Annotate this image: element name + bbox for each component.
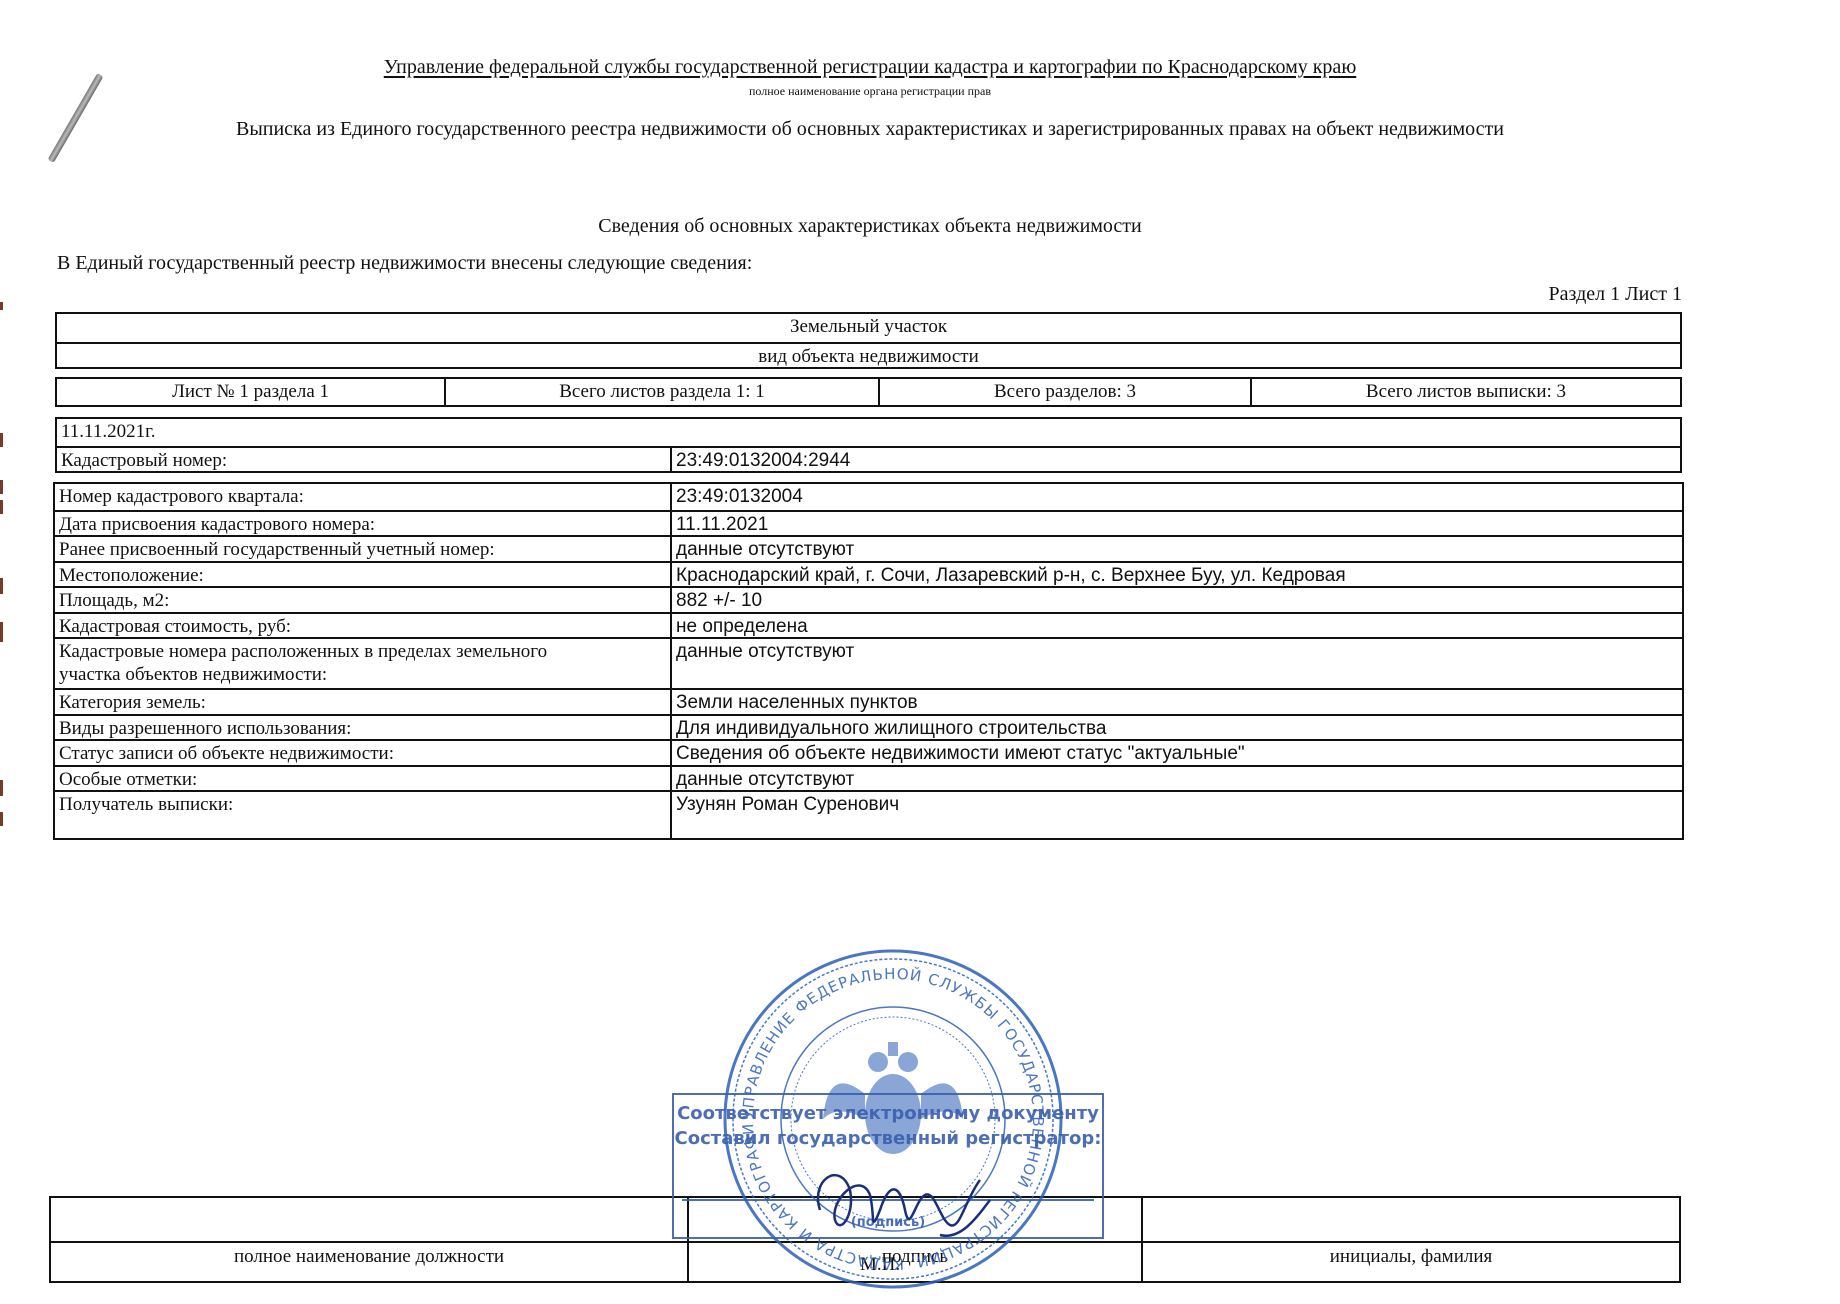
sheet-number: Лист № 1 раздела 1 xyxy=(57,379,444,405)
cadastral-number-label: Кадастровый номер: xyxy=(57,448,670,473)
property-label: Получатель выписки: xyxy=(55,792,670,816)
handwritten-signature-icon xyxy=(800,1140,1000,1250)
property-label: Статус записи об объекте недвижимости: xyxy=(55,741,670,765)
property-value: данные отсутствуют xyxy=(672,537,1682,561)
property-label: Ранее присвоенный государственный учетны… xyxy=(55,537,670,561)
table-row: Виды разрешенного использования:Для инди… xyxy=(55,714,1682,740)
property-value: Для индивидуального жилищного строительс… xyxy=(672,716,1682,740)
position-caption: полное наименование должности xyxy=(51,1244,687,1281)
record-box: 11.11.2021г. Кадастровый номер: 23:49:01… xyxy=(55,417,1682,473)
property-value: Сведения об объекте недвижимости имеют с… xyxy=(672,741,1682,765)
property-value: Узунян Роман Суренович xyxy=(672,792,1682,816)
edge-mark xyxy=(0,480,3,494)
stamp-line-1: Соответствует электронному документу xyxy=(674,1103,1102,1124)
property-value: Земли населенных пунктов xyxy=(672,690,1682,714)
properties-table: Номер кадастрового квартала:23:49:013200… xyxy=(53,482,1684,840)
sheet-info-box: Лист № 1 раздела 1 Всего листов раздела … xyxy=(55,377,1682,407)
sections-total: Всего разделов: 3 xyxy=(880,379,1250,405)
record-date: 11.11.2021г. xyxy=(57,419,1680,446)
table-row: Кадастровые номера расположенных в преде… xyxy=(55,637,1682,688)
sheets-in-section: Всего листов раздела 1: 1 xyxy=(446,379,878,405)
edge-mark xyxy=(0,500,3,514)
edge-mark xyxy=(0,302,3,310)
edge-mark xyxy=(0,622,3,642)
agency-name: Управление федеральной службы государств… xyxy=(0,56,1740,79)
property-value: данные отсутствуют xyxy=(672,639,1682,688)
property-label: Дата присвоения кадастрового номера: xyxy=(55,512,670,536)
table-row: Статус записи об объекте недвижимости:Св… xyxy=(55,739,1682,765)
property-value: Краснодарский край, г. Сочи, Лазаревский… xyxy=(672,563,1682,587)
edge-mark xyxy=(0,812,3,826)
table-row: Особые отметки:данные отсутствуют xyxy=(55,765,1682,791)
sheets-total: Всего листов выписки: 3 xyxy=(1252,379,1680,405)
section-sheet-label: Раздел 1 Лист 1 xyxy=(1549,283,1682,306)
table-row: Номер кадастрового квартала:23:49:013200… xyxy=(55,484,1682,510)
object-type-caption: вид объекта недвижимости xyxy=(57,344,1680,369)
table-row: Площадь, м2:882 +/- 10 xyxy=(55,586,1682,612)
object-type-value: Земельный участок xyxy=(57,314,1680,343)
property-label: Особые отметки: xyxy=(55,767,670,791)
edge-mark xyxy=(0,578,3,594)
property-value: 11.11.2021 xyxy=(672,512,1682,536)
intro-text: В Единый государственный реестр недвижим… xyxy=(57,252,752,275)
edge-mark xyxy=(0,433,3,447)
property-label: Кадастровые номера расположенных в преде… xyxy=(55,639,670,688)
edge-mark xyxy=(0,780,3,796)
object-type-box: Земельный участок вид объекта недвижимос… xyxy=(55,312,1682,369)
document-title: Выписка из Единого государственного реес… xyxy=(0,118,1740,141)
table-row: Получатель выписки:Узунян Роман Суренови… xyxy=(55,790,1682,816)
table-row: Категория земель:Земли населенных пункто… xyxy=(55,688,1682,714)
property-value: 882 +/- 10 xyxy=(672,588,1682,612)
property-value: не определена xyxy=(672,614,1682,638)
table-row: Ранее присвоенный государственный учетны… xyxy=(55,535,1682,561)
property-label: Номер кадастрового квартала: xyxy=(55,484,670,510)
property-label: Площадь, м2: xyxy=(55,588,670,612)
table-row: Кадастровая стоимость, руб:не определена xyxy=(55,612,1682,638)
table-row: Дата присвоения кадастрового номера:11.1… xyxy=(55,510,1682,536)
table-row: Местоположение:Краснодарский край, г. Со… xyxy=(55,561,1682,587)
name-caption: инициалы, фамилия xyxy=(1143,1244,1679,1281)
property-value: данные отсутствуют xyxy=(672,767,1682,791)
cadastral-number-value: 23:49:0132004:2944 xyxy=(672,448,1680,473)
section-heading: Сведения об основных характеристиках объ… xyxy=(0,215,1740,238)
property-label: Категория земель: xyxy=(55,690,670,714)
property-label: Местоположение: xyxy=(55,563,670,587)
property-value: 23:49:0132004 xyxy=(672,484,1682,510)
property-label: Кадастровая стоимость, руб: xyxy=(55,614,670,638)
property-label: Виды разрешенного использования: xyxy=(55,716,670,740)
agency-caption: полное наименование органа регистрации п… xyxy=(0,84,1740,99)
